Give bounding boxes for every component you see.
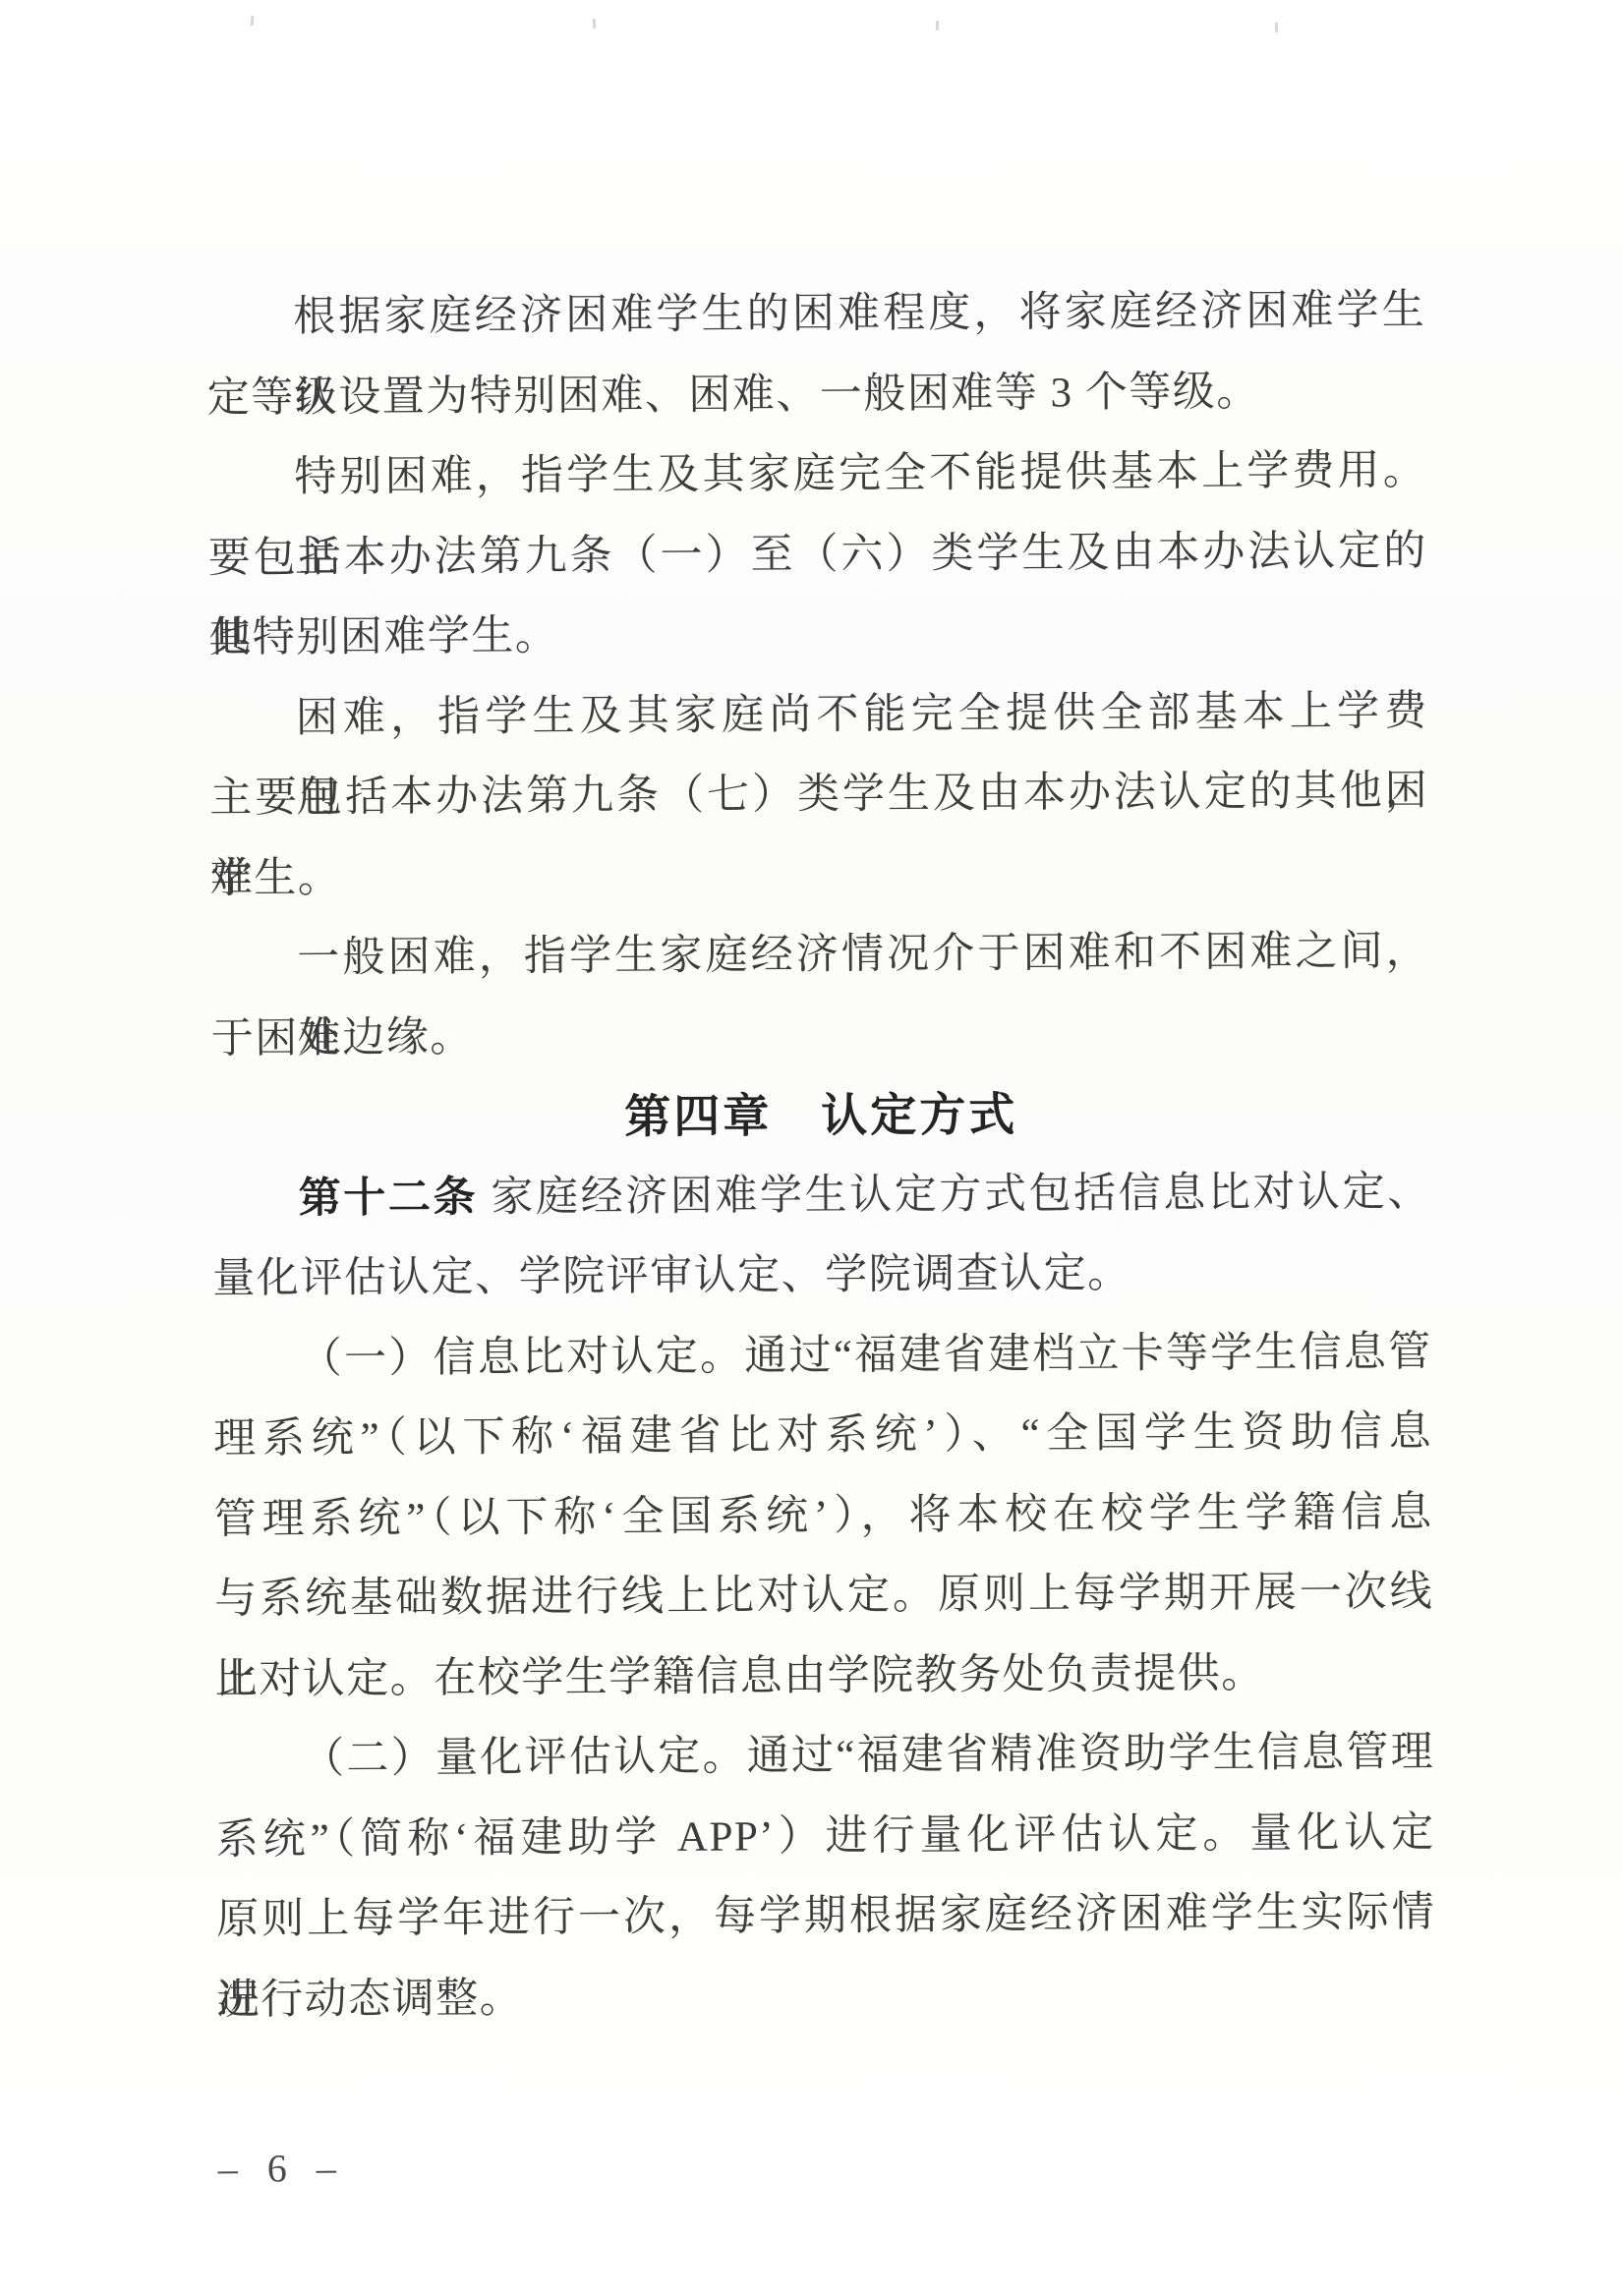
- text-line: 困难，指学生及其家庭尚不能完全提供全部基本上学费用，: [209, 671, 1428, 759]
- article-12-label: 第十二条: [299, 1174, 479, 1222]
- text-line: 于困难边缘。: [210, 992, 1429, 1079]
- text-line: 第十二条 家庭经济困难学生认定方式包括信息比对认定、: [211, 1152, 1430, 1239]
- text-line: （二）量化评估认定。通过“福建省精准资助学生信息管理: [215, 1712, 1434, 1800]
- scan-speck: [936, 21, 939, 30]
- text-line: 系统”（简称‘福建助学 APP’）进行量化评估认定。量化认定: [215, 1793, 1434, 1880]
- text-line: （一）信息比对认定。通过“福建省建档立卡等学生信息管: [212, 1312, 1431, 1400]
- text-line: 量化评估认定、学院评审认定、学院调查认定。: [212, 1232, 1431, 1319]
- document-page: 根据家庭经济困难学生的困难程度，将家庭经济困难学生认 定等级设置为特别困难、困难…: [206, 270, 1437, 2192]
- text-line: 一般困难，指学生家庭经济情况介于困难和不困难之间，处: [210, 911, 1429, 999]
- text-line: 理系统”（以下称‘福建省比对系统’）、“全国学生资助信息: [213, 1392, 1432, 1479]
- text-line: 与系统基础数据进行线上比对认定。原则上每学期开展一次线上: [214, 1552, 1433, 1639]
- text-line: 主要包括本办法第九条（七）类学生及由本办法认定的其他困难: [209, 751, 1428, 838]
- text-line: 定等级设置为特别困难、困难、一般困难等 3 个等级。: [207, 351, 1426, 438]
- text-line: 要包括本办法第九条（一）至（六）类学生及由本办法认定的其: [208, 511, 1427, 599]
- text-line: 原则上每学年进行一次，每学期根据家庭经济困难学生实际情况: [216, 1872, 1435, 1960]
- scan-speck: [593, 19, 597, 29]
- scan-speck: [1275, 23, 1278, 32]
- page-number: – 6 –: [218, 2139, 1437, 2192]
- article-12-text: 家庭经济困难学生认定方式包括信息比对认定、: [478, 1169, 1431, 1221]
- text-line: 学生。: [209, 832, 1428, 919]
- chapter-heading: 第四章 认定方式: [211, 1071, 1430, 1159]
- text-line: 根据家庭经济困难学生的困难程度，将家庭经济困难学生认: [206, 270, 1425, 358]
- text-line: 管理系统”（以下称‘全国系统’），将本校在校学生学籍信息: [213, 1472, 1432, 1560]
- text-line: 特别困难，指学生及其家庭完全不能提供基本上学费用。主: [207, 430, 1426, 518]
- text-line: 进行动态调整。: [216, 1953, 1435, 2040]
- text-line: 比对认定。在校学生学籍信息由学院教务处负责提供。: [214, 1633, 1433, 1720]
- text-line: 他特别困难学生。: [208, 591, 1427, 678]
